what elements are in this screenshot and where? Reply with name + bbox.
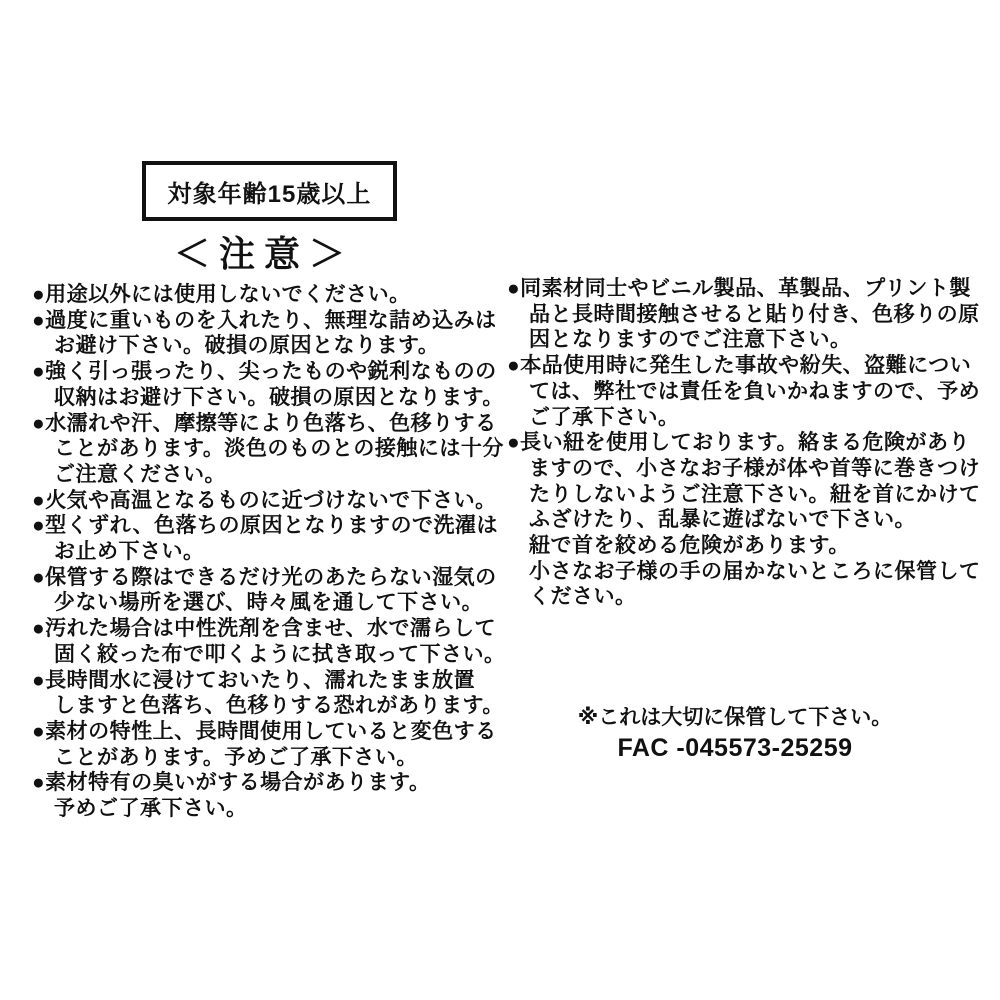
caution-item: ●素材の特性上、長時間使用していると変色する ことがあります。予めご了承下さい。 bbox=[32, 719, 502, 770]
caution-item: ●強く引っ張ったり、尖ったものや鋭利なものの 収納はお避け下さい。破損の原因とな… bbox=[32, 359, 502, 410]
caution-line: ますので、小さなお子様が体や首等に巻きつけ bbox=[529, 456, 977, 482]
caution-line: ●素材の特性上、長時間使用していると変色する bbox=[32, 719, 502, 745]
caution-line: 品と長時間接触させると貼り付き、色移りの原 bbox=[529, 302, 977, 328]
caution-item: ●型くずれ、色落ちの原因となりますので洗濯は お止め下さい。 bbox=[32, 513, 502, 564]
caution-line: ふざけたり、乱暴に遊ばないで下さい。 bbox=[529, 507, 977, 533]
caution-line: ●長い紐を使用しております。絡まる危険があり bbox=[507, 430, 977, 456]
caution-line: しますと色落ち、色移りする恐れがあります。 bbox=[54, 693, 502, 719]
right-column: ●同素材同士やビニル製品、革製品、プリント製 品と長時間接触させると貼り付き、色… bbox=[507, 276, 977, 610]
caution-line: ●素材特有の臭いがする場合があります。 bbox=[32, 770, 502, 796]
footer: ※これは大切に保管して下さい。 FAC -045573-25259 bbox=[500, 703, 970, 763]
caution-item: ●火気や高温となるものに近づけないで下さい。 bbox=[32, 488, 502, 514]
caution-line: 収納はお避け下さい。破損の原因となります。 bbox=[54, 385, 502, 411]
caution-line: ●本品使用時に発生した事故や紛失、盗難につい bbox=[507, 353, 977, 379]
caution-line: 小さなお子様の手の届かないところに保管して bbox=[529, 559, 977, 585]
caution-line: お避け下さい。破損の原因となります。 bbox=[54, 333, 502, 359]
caution-line: ●型くずれ、色落ちの原因となりますので洗濯は bbox=[32, 513, 502, 539]
caution-item: ●長時間水に浸けておいたり、濡れたまま放置 しますと色落ち、色移りする恐れがあり… bbox=[32, 668, 502, 719]
caution-line: ●同素材同士やビニル製品、革製品、プリント製 bbox=[507, 276, 977, 302]
caution-line: ご注意ください。 bbox=[54, 462, 502, 488]
page-title: ＜注意＞ bbox=[33, 226, 495, 277]
caution-line: 少ない場所を選び、時々風を通して下さい。 bbox=[54, 590, 502, 616]
caution-item: ●汚れた場合は中性洗剤を含ませ、水で濡らして 固く絞った布で叩くように拭き取って… bbox=[32, 616, 502, 667]
caution-line: ●水濡れや汗、摩擦等により色落ち、色移りする bbox=[32, 411, 502, 437]
caution-line: 固く絞った布で叩くように拭き取って下さい。 bbox=[54, 642, 502, 668]
caution-line: ●過度に重いものを入れたり、無理な詰め込みは bbox=[32, 308, 502, 334]
left-column: ●用途以外には使用しないでください。 ●過度に重いものを入れたり、無理な詰め込み… bbox=[32, 282, 502, 822]
caution-item: ●同素材同士やビニル製品、革製品、プリント製 品と長時間接触させると貼り付き、色… bbox=[507, 276, 977, 353]
caution-label-page: 対象年齢15歳以上 ＜注意＞ ●用途以外には使用しないでください。 ●過度に重い… bbox=[0, 0, 1000, 1000]
caution-line: 因となりますのでご注意下さい。 bbox=[529, 327, 977, 353]
caution-line: ●保管する際はできるだけ光のあたらない湿気の bbox=[32, 565, 502, 591]
caution-item: ●過度に重いものを入れたり、無理な詰め込みは お避け下さい。破損の原因となります… bbox=[32, 308, 502, 359]
caution-line: たりしないようご注意下さい。紐を首にかけて bbox=[529, 482, 977, 508]
caution-line: ては、弊社では責任を負いかねますので、予め bbox=[529, 379, 977, 405]
caution-line: ●用途以外には使用しないでください。 bbox=[32, 282, 502, 308]
caution-item: ●水濡れや汗、摩擦等により色落ち、色移りする ことがあります。淡色のものとの接触… bbox=[32, 411, 502, 488]
caution-line: ●汚れた場合は中性洗剤を含ませ、水で濡らして bbox=[32, 616, 502, 642]
caution-line: 紐で首を絞める危険があります。 bbox=[529, 533, 977, 559]
caution-item: ●保管する際はできるだけ光のあたらない湿気の 少ない場所を選び、時々風を通して下… bbox=[32, 565, 502, 616]
caution-line: ください。 bbox=[529, 584, 977, 610]
keep-safe-note: ※これは大切に保管して下さい。 bbox=[500, 703, 970, 733]
caution-item: ●用途以外には使用しないでください。 bbox=[32, 282, 502, 308]
caution-line: ことがあります。淡色のものとの接触には十分 bbox=[54, 436, 502, 462]
caution-line: お止め下さい。 bbox=[54, 539, 502, 565]
caution-item: ●本品使用時に発生した事故や紛失、盗難につい ては、弊社では責任を負いかねますの… bbox=[507, 353, 977, 430]
caution-line: ご了承下さい。 bbox=[529, 405, 977, 431]
caution-line: 予めご了承下さい。 bbox=[54, 796, 502, 822]
caution-item: ●素材特有の臭いがする場合があります。 予めご了承下さい。 bbox=[32, 770, 502, 821]
caution-item: ●長い紐を使用しております。絡まる危険があり ますので、小さなお子様が体や首等に… bbox=[507, 430, 977, 610]
caution-line: ●強く引っ張ったり、尖ったものや鋭利なものの bbox=[32, 359, 502, 385]
age-restriction-text: 対象年齢15歳以上 bbox=[168, 174, 372, 209]
caution-line: ●火気や高温となるものに近づけないで下さい。 bbox=[32, 488, 502, 514]
caution-line: ことがあります。予めご了承下さい。 bbox=[54, 745, 502, 771]
product-code: FAC -045573-25259 bbox=[500, 733, 970, 763]
caution-line: ●長時間水に浸けておいたり、濡れたまま放置 bbox=[32, 668, 502, 694]
age-restriction-box: 対象年齢15歳以上 bbox=[142, 161, 397, 221]
